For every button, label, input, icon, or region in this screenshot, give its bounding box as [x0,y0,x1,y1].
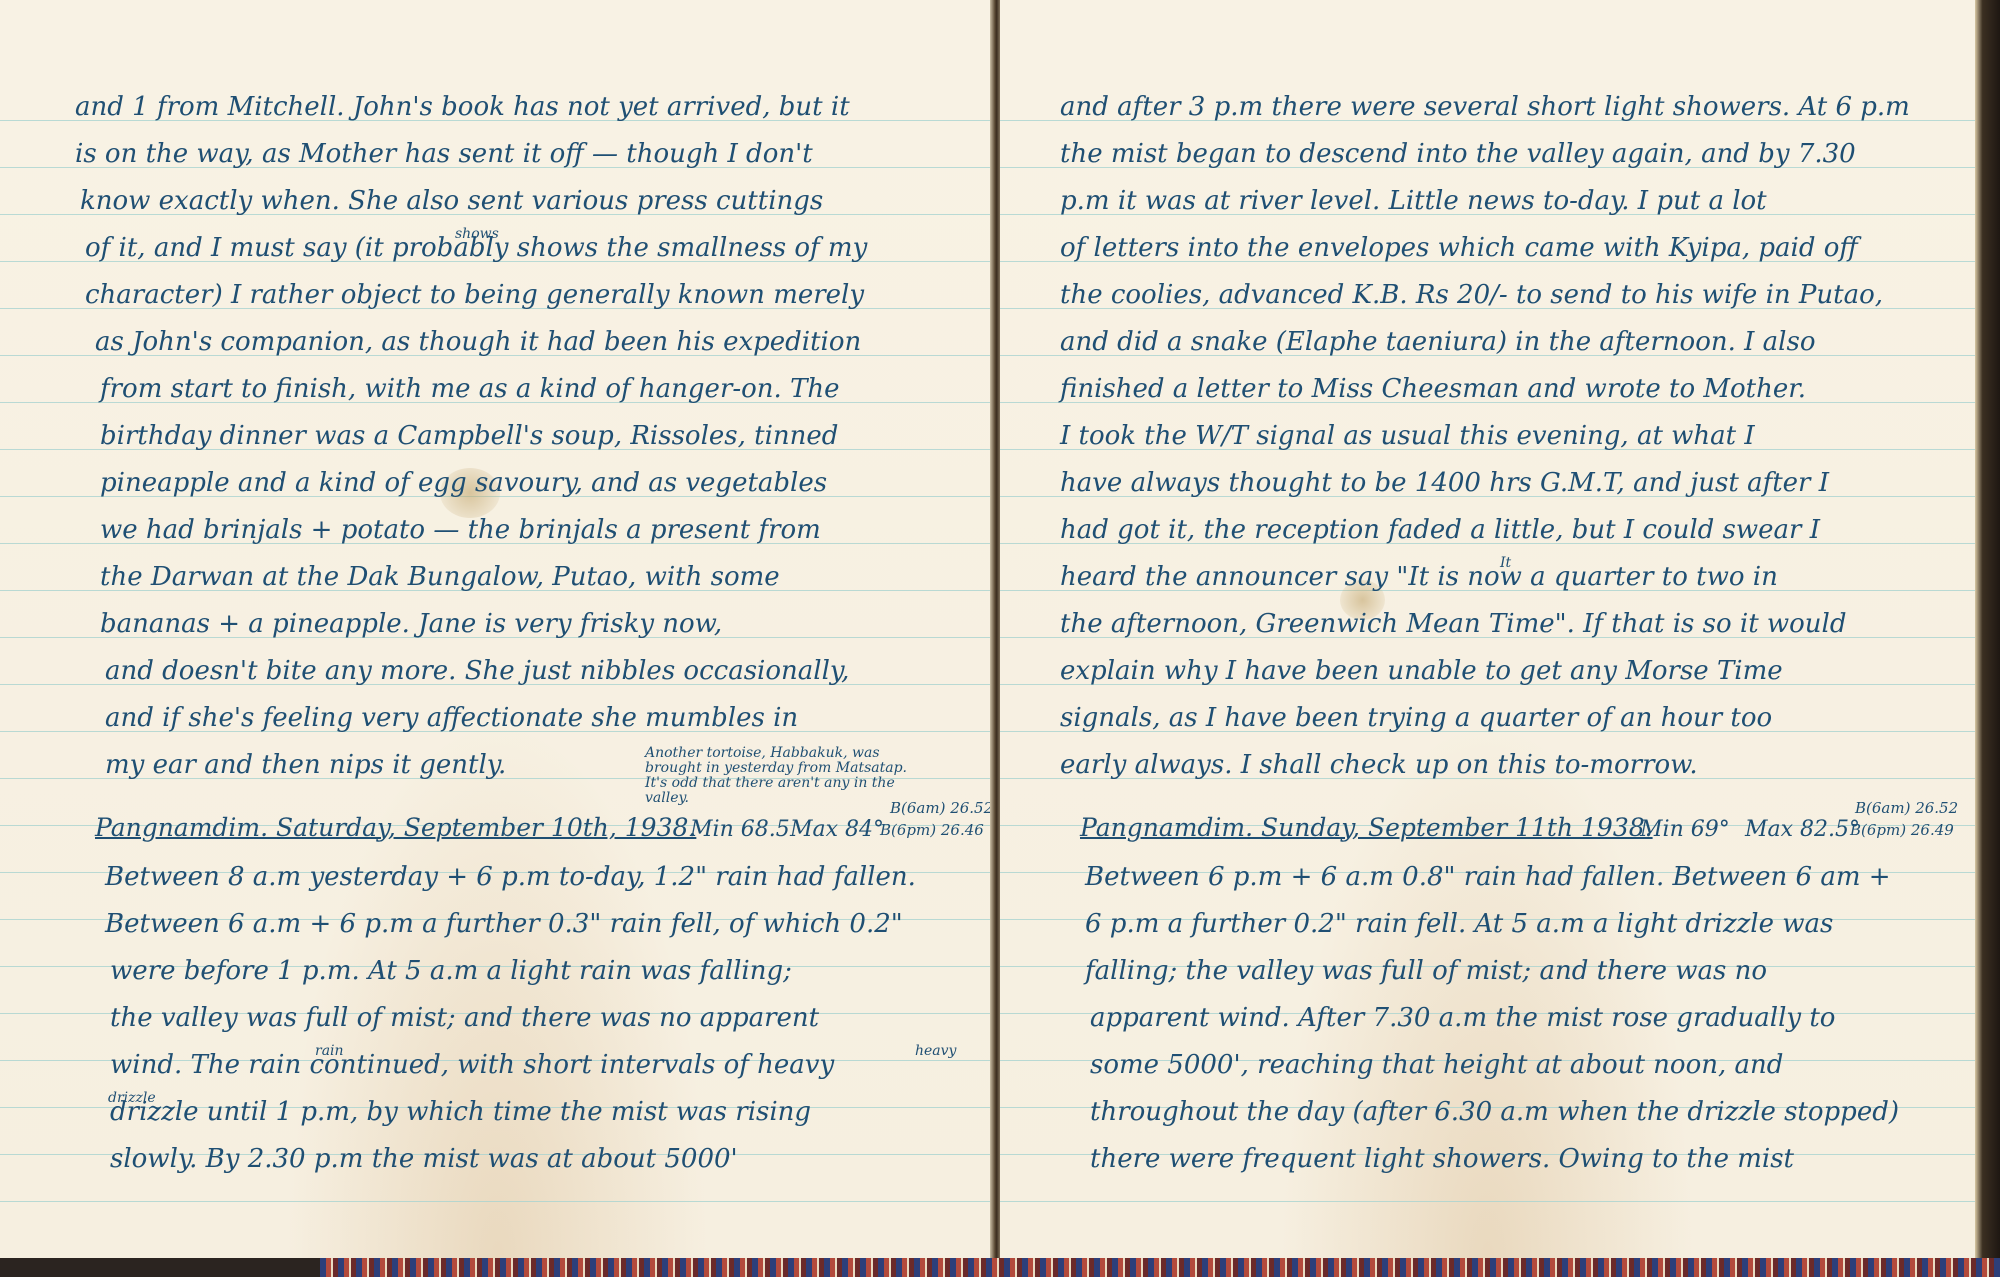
text-line: there were frequent light showers. Owing… [1090,1144,1794,1174]
max-temp: Max 82.5° [1745,815,1860,845]
text-line: wind. The rain continued, with short int… [110,1050,834,1080]
entry-heading: Pangnamdim. Sunday, September 11th 1938. [1080,813,1653,843]
text-line: explain why I have been unable to get an… [1060,656,1783,686]
barometer-pm: B(6pm) 26.49 [1850,822,1954,838]
text-line: and did a snake (Elaphe taeniura) in the… [1060,327,1815,357]
text-line: the Darwan at the Dak Bungalow, Putao, w… [100,562,780,592]
open-notebook: and 1 from Mitchell. John's book has not… [0,0,1985,1258]
barometer-pm: B(6pm) 26.46 [880,822,984,838]
text-line: have always thought to be 1400 hrs G.M.T… [1060,468,1829,498]
text-line: throughout the day (after 6.30 a.m when … [1090,1097,1899,1127]
right-page: and after 3 p.m there were several short… [1000,0,1977,1258]
min-temp: Min 68.5 [690,815,790,845]
text-line: I took the W/T signal as usual this even… [1060,421,1755,451]
text-line: Between 8 a.m yesterday + 6 p.m to-day, … [105,862,916,892]
insertion-heavy: heavy [915,1043,956,1059]
text-line: finished a letter to Miss Cheesman and w… [1060,374,1806,404]
barometer-am: B(6am) 26.52 [890,800,993,816]
text-line: character) I rather object to being gene… [85,280,864,310]
left-page: and 1 from Mitchell. John's book has not… [0,0,995,1258]
text-line: of letters into the envelopes which came… [1060,233,1858,263]
text-line: the mist began to descend into the valle… [1060,139,1856,169]
text-line: heard the announcer say "It is now a qua… [1060,562,1778,592]
text-line: and doesn't bite any more. She just nibb… [105,656,849,686]
text-line: know exactly when. She also sent various… [80,186,823,216]
text-line: slowly. By 2.30 p.m the mist was at abou… [110,1144,738,1174]
margin-note: Another tortoise, Habbakuk, was brought … [645,746,907,806]
text-line: the valley was full of mist; and there w… [110,1003,819,1033]
marbled-endpaper [320,1258,2000,1277]
min-temp: Min 69° [1640,815,1730,845]
book-cover-edge [1975,0,2000,1277]
barometer-am: B(6am) 26.52 [1855,800,1958,816]
text-line: pineapple and a kind of egg savoury, and… [100,468,827,498]
text-line: my ear and then nips it gently. [105,750,506,780]
text-line: early always. I shall check up on this t… [1060,750,1698,780]
text-line: Between 6 p.m + 6 a.m 0.8" rain had fall… [1085,862,1891,892]
text-line: apparent wind. After 7.30 a.m the mist r… [1090,1003,1835,1033]
text-line: signals, as I have been trying a quarter… [1060,703,1772,733]
text-line: and if she's feeling very affectionate s… [105,703,798,733]
text-line: birthday dinner was a Campbell's soup, R… [100,421,838,451]
text-line: were before 1 p.m. At 5 a.m a light rain… [110,956,792,986]
text-line: from start to finish, with me as a kind … [100,374,840,404]
text-line: is on the way, as Mother has sent it off… [75,139,813,169]
text-line: bananas + a pineapple. Jane is very fris… [100,609,722,639]
text-line: some 5000', reaching that height at abou… [1090,1050,1783,1080]
text-line: of it, and I must say (it probably shows… [85,233,867,263]
text-line: Between 6 a.m + 6 p.m a further 0.3" rai… [105,909,903,939]
text-line: the coolies, advanced K.B. Rs 20/- to se… [1060,280,1883,310]
text-line: and 1 from Mitchell. John's book has not… [75,92,850,122]
text-line: the afternoon, Greenwich Mean Time". If … [1060,609,1847,639]
text-line: we had brinjals + potato — the brinjals … [100,515,821,545]
text-line: falling; the valley was full of mist; an… [1085,956,1767,986]
text-line: p.m it was at river level. Little news t… [1060,186,1767,216]
text-line: as John's companion, as though it had be… [95,327,861,357]
text-line: and after 3 p.m there were several short… [1060,92,1910,122]
text-line: drizzle until 1 p.m, by which time the m… [110,1097,811,1127]
max-temp: Max 84° [790,815,884,845]
text-line: had got it, the reception faded a little… [1060,515,1820,545]
text-line: 6 p.m a further 0.2" rain fell. At 5 a.m… [1085,909,1833,939]
entry-heading: Pangnamdim. Saturday, September 10th, 19… [95,813,696,843]
book-cover-bottom [0,1258,320,1277]
